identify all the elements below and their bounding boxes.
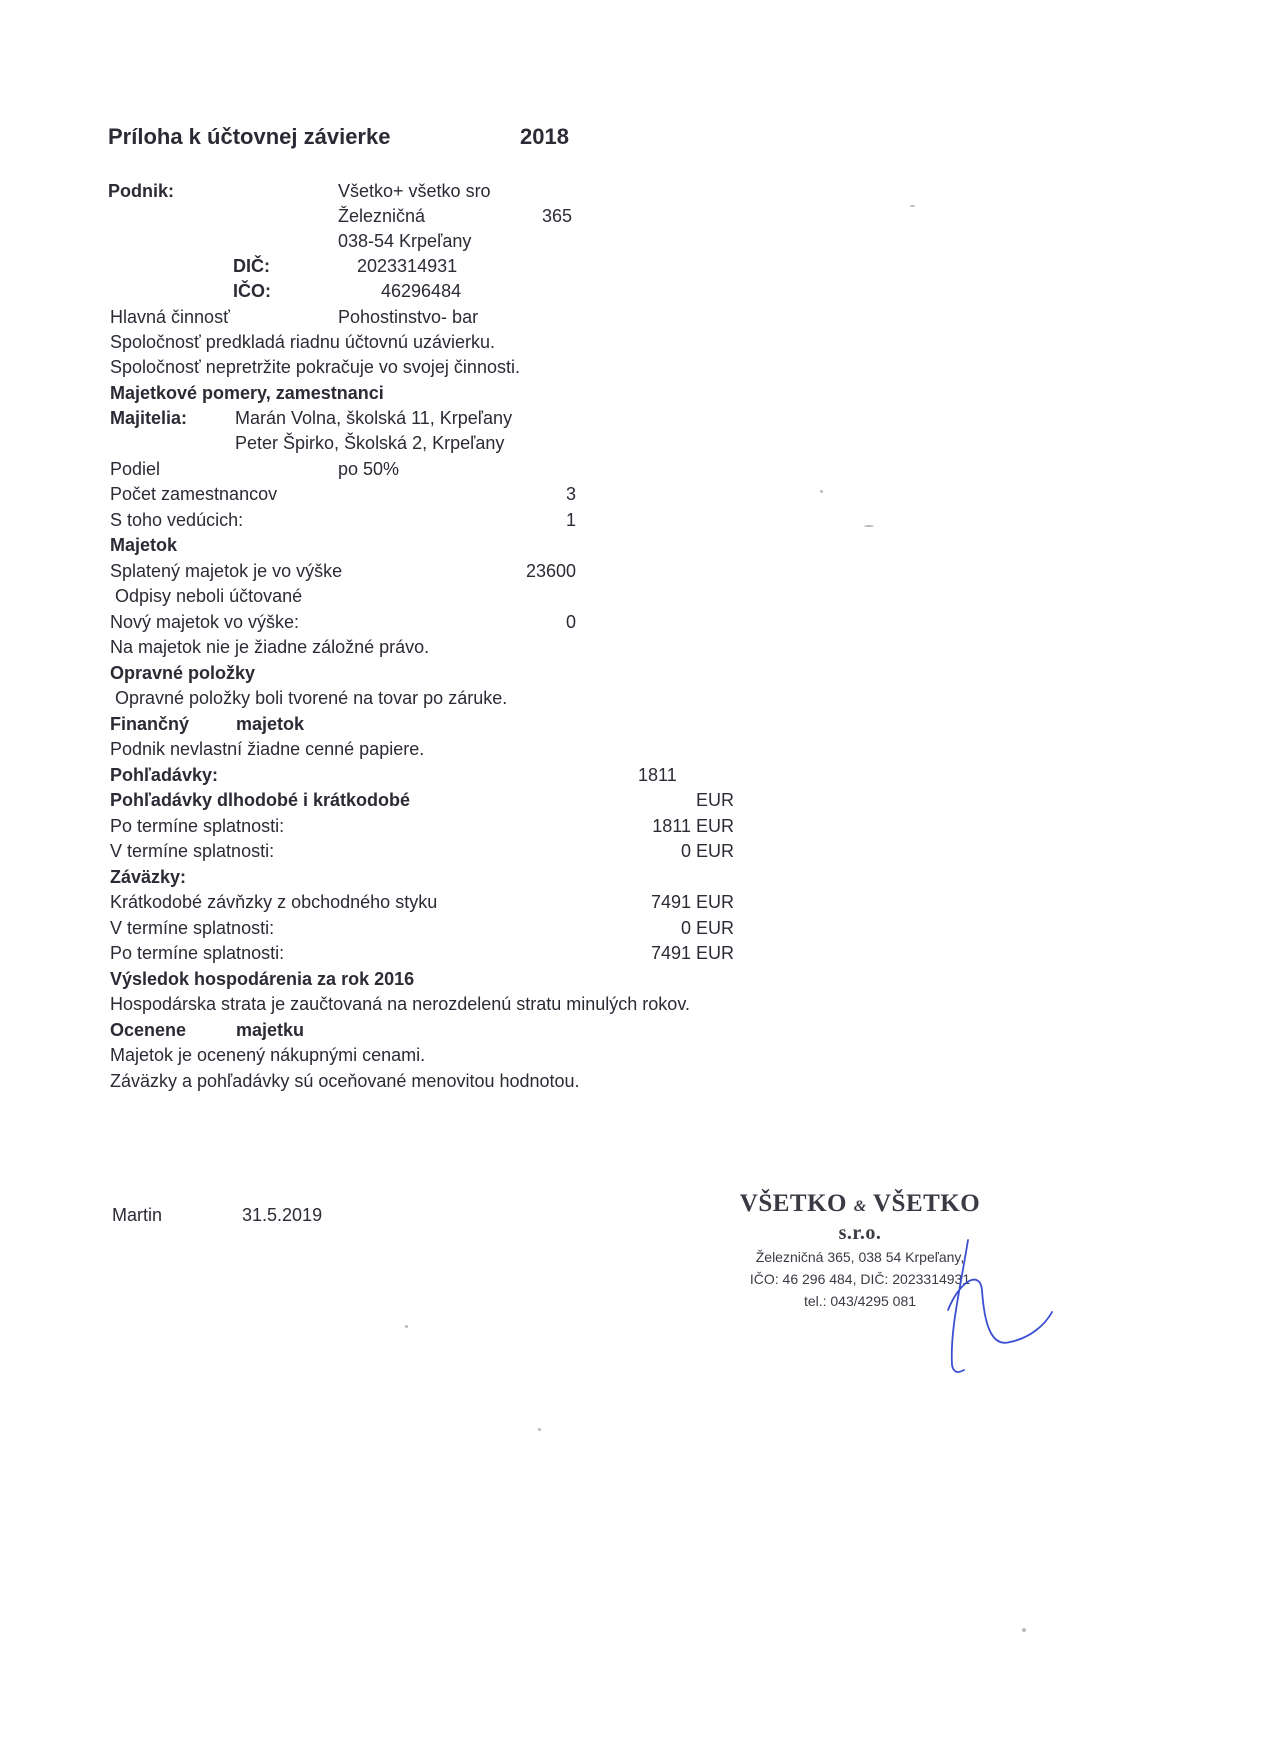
statement-line: Spoločnosť predkladá riadnu účtovnú uzáv… [110, 331, 495, 353]
corrections-text: Opravné položky boli tvorené na tovar po… [115, 687, 507, 709]
financial-heading-2: majetok [236, 713, 304, 735]
signature-icon [930, 1230, 1060, 1380]
activity-value: Pohostinstvo- bar [338, 306, 478, 328]
depreciation-note: Odpisy neboli účtované [115, 585, 302, 607]
managers-value: 1 [520, 509, 576, 531]
scan-speck [405, 1325, 408, 1328]
scan-speck [864, 525, 874, 527]
employees-label: Počet zamestnancov [110, 483, 277, 505]
paid-assets-value: 23600 [500, 560, 576, 582]
company-label: Podnik: [108, 180, 174, 202]
scan-speck [538, 1428, 541, 1431]
liabilities-due-label: V termíne splatnosti: [110, 917, 274, 939]
owner-line: Peter Špirko, Školská 2, Krpeľany [235, 432, 504, 454]
financial-text: Podnik nevlastní žiadne cenné papiere. [110, 738, 424, 760]
managers-label: S toho vedúcich: [110, 509, 243, 531]
company-city: 038-54 Krpeľany [338, 230, 471, 252]
receivables-total: 1811 [638, 764, 677, 786]
liabilities-short-label: Krátkodobé závňzky z obchodného styku [110, 891, 437, 913]
stamp-legal-form: s.r.o. [839, 1222, 882, 1244]
valuation-line: Majetok je ocenený nákupnými cenami. [110, 1044, 425, 1066]
new-assets-label: Nový majetok vo výške: [110, 611, 299, 633]
liabilities-short-value: 7491 EUR [600, 891, 734, 913]
stamp-name-b: VŠETKO [873, 1190, 980, 1217]
share-value: po 50% [338, 458, 399, 480]
result-text: Hospodárska strata je zaučtovaná na nero… [110, 993, 690, 1015]
scan-speck [820, 490, 823, 493]
document-year: 2018 [520, 124, 569, 150]
financial-heading: Finančný [110, 713, 189, 735]
stamp-ampersand: & [854, 1198, 867, 1215]
share-label: Podiel [110, 458, 160, 480]
valuation-heading: Ocenene [110, 1019, 186, 1041]
lien-note: Na majetok nie je žiadne záložné právo. [110, 636, 429, 658]
valuation-heading-2: majetku [236, 1019, 304, 1041]
stamp-name-a: VŠETKO [740, 1190, 847, 1217]
footer-place: Martin [112, 1204, 162, 1226]
liabilities-overdue-label: Po termíne splatnosti: [110, 942, 284, 964]
receivables-overdue-value: 1811 EUR [600, 815, 734, 837]
scan-speck [910, 205, 915, 207]
ownership-heading: Majetkové pomery, zamestnanci [110, 382, 384, 404]
receivables-overdue-label: Po termíne splatnosti: [110, 815, 284, 837]
company-street: Železničná [338, 205, 425, 227]
assets-heading: Majetok [110, 534, 177, 556]
company-street-number: 365 [542, 205, 572, 227]
statement-line: Spoločnosť nepretržite pokračuje vo svoj… [110, 356, 520, 378]
company-name: Všetko+ všetko sro [338, 180, 491, 202]
ico-label: IČO: [233, 280, 271, 302]
liabilities-heading: Záväzky: [110, 866, 186, 888]
ico-value: 46296484 [381, 280, 461, 302]
liabilities-overdue-value: 7491 EUR [600, 942, 734, 964]
footer-date: 31.5.2019 [242, 1204, 322, 1226]
liabilities-due-value: 0 EUR [600, 917, 734, 939]
scan-speck [1022, 1628, 1026, 1632]
dic-value: 2023314931 [357, 255, 457, 277]
result-heading: Výsledok hospodárenia za rok 2016 [110, 968, 414, 990]
receivables-subheading: Pohľadávky dlhodobé i krátkodobé [110, 789, 410, 811]
employees-value: 3 [520, 483, 576, 505]
activity-label: Hlavná činnosť [110, 306, 230, 328]
document-title: Príloha k účtovnej závierke [108, 124, 390, 150]
receivables-due-label: V termíne splatnosti: [110, 840, 274, 862]
dic-label: DIČ: [233, 255, 270, 277]
owners-label: Majitelia: [110, 407, 187, 429]
receivables-due-value: 0 EUR [600, 840, 734, 862]
new-assets-value: 0 [520, 611, 576, 633]
corrections-heading: Opravné položky [110, 662, 255, 684]
receivables-currency: EUR [620, 789, 734, 811]
owner-line: Marán Volna, školská 11, Krpeľany [235, 407, 512, 429]
paid-assets-label: Splatený majetok je vo výške [110, 560, 342, 582]
receivables-heading: Pohľadávky: [110, 764, 218, 786]
valuation-line: Záväzky a pohľadávky sú oceňované menovi… [110, 1070, 580, 1092]
